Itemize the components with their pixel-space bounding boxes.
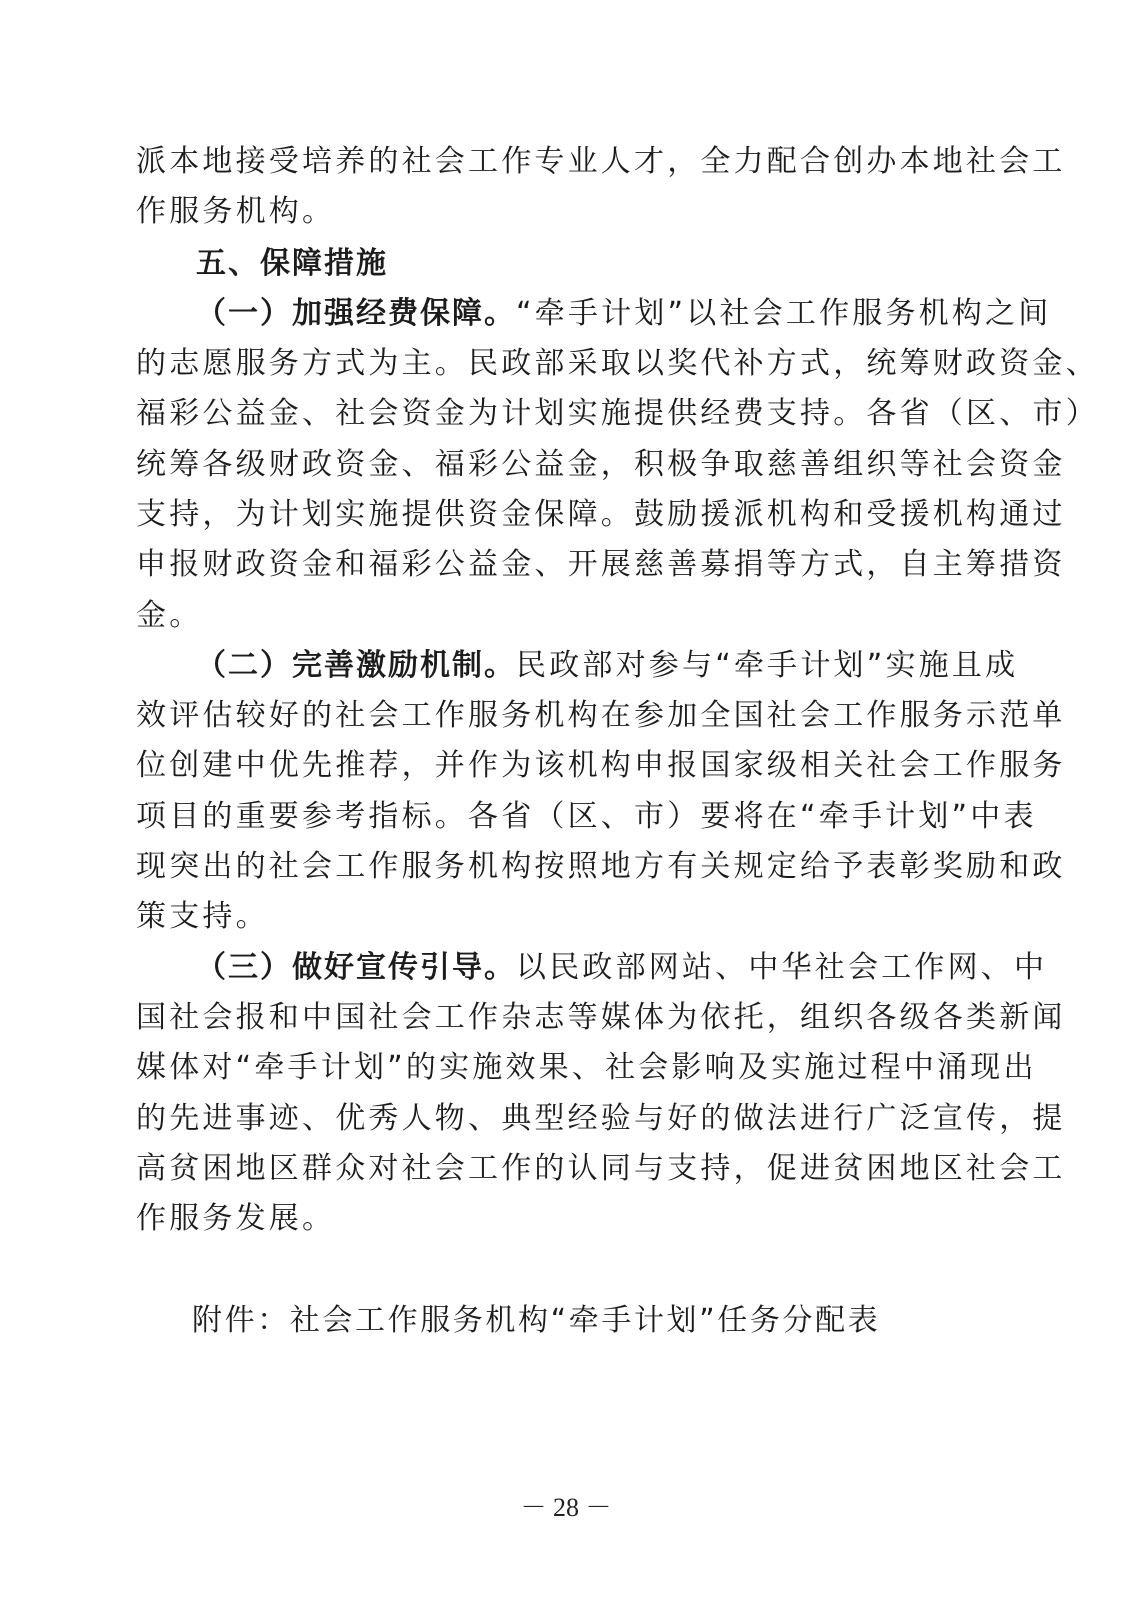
subsection-title: （二）完善激励机制。	[196, 648, 516, 683]
section-heading: 五、保障措施	[196, 244, 388, 284]
subsection-title: （一）加强经费保障。	[196, 296, 516, 331]
attachment-note: 附件：社会工作服务机构“牵手计划”任务分配表	[192, 1301, 1052, 1341]
paragraph-line: 国社会报和中国社会工作杂志等媒体为依托，组织各级各类新闻	[136, 998, 996, 1038]
page-number: － 28 －	[0, 1490, 1132, 1526]
paragraph-line: 派本地接受培养的社会工作专业人才，全力配合创办本地社会工	[136, 142, 996, 182]
paragraph-line: 高贫困地区群众对社会工作的认同与支持，促进贫困地区社会工	[136, 1149, 996, 1189]
paragraph-line: 支持，为计划实施提供资金保障。鼓励援派机构和受援机构通过	[136, 495, 996, 535]
paragraph-line: 福彩公益金、社会资金为计划实施提供经费支持。各省（区、市）	[136, 394, 996, 434]
subsection-first-line: （一）加强经费保障。“牵手计划”以社会工作服务机构之间	[196, 294, 996, 334]
paragraph-line: 金。	[136, 596, 996, 636]
subsection-first-line: （二）完善激励机制。民政部对参与“牵手计划”实施且成	[196, 646, 996, 686]
paragraph-line: 统筹各级财政资金、福彩公益金，积极争取慈善组织等社会资金	[136, 445, 996, 485]
subsection-title: （三）做好宣传引导。	[196, 950, 516, 985]
paragraph-line: 项目的重要参考指标。各省（区、市）要将在“牵手计划”中表	[136, 797, 996, 837]
paragraph-line: 现突出的社会工作服务机构按照地方有关规定给予表彰奖励和政	[136, 847, 996, 887]
paragraph-line: 作服务发展。	[136, 1199, 996, 1239]
paragraph-line: 申报财政资金和福彩公益金、开展慈善募捐等方式，自主筹措资	[136, 545, 996, 585]
paragraph-line: 的先进事迹、优秀人物、典型经验与好的做法进行广泛宣传，提	[136, 1099, 996, 1139]
paragraph-line: 效评估较好的社会工作服务机构在参加全国社会工作服务示范单	[136, 696, 996, 736]
paragraph-line: 作服务机构。	[136, 192, 996, 232]
paragraph-line: 的志愿服务方式为主。民政部采取以奖代补方式，统筹财政资金、	[136, 344, 996, 384]
paragraph-line: 媒体对“牵手计划”的实施效果、社会影响及实施过程中涌现出	[136, 1048, 996, 1088]
subsection-text: 民政部对参与“牵手计划”实施且成	[516, 648, 1018, 683]
subsection-text: “牵手计划”以社会工作服务机构之间	[516, 296, 1051, 331]
paragraph-line: 策支持。	[136, 897, 996, 937]
subsection-text: 以民政部网站、中华社会工作网、中	[516, 950, 1047, 985]
paragraph-line: 位创建中优先推荐，并作为该机构申报国家级相关社会工作服务	[136, 746, 996, 786]
subsection-first-line: （三）做好宣传引导。以民政部网站、中华社会工作网、中	[196, 948, 996, 988]
document-page: 派本地接受培养的社会工作专业人才，全力配合创办本地社会工 作服务机构。 五、保障…	[0, 0, 1132, 1600]
